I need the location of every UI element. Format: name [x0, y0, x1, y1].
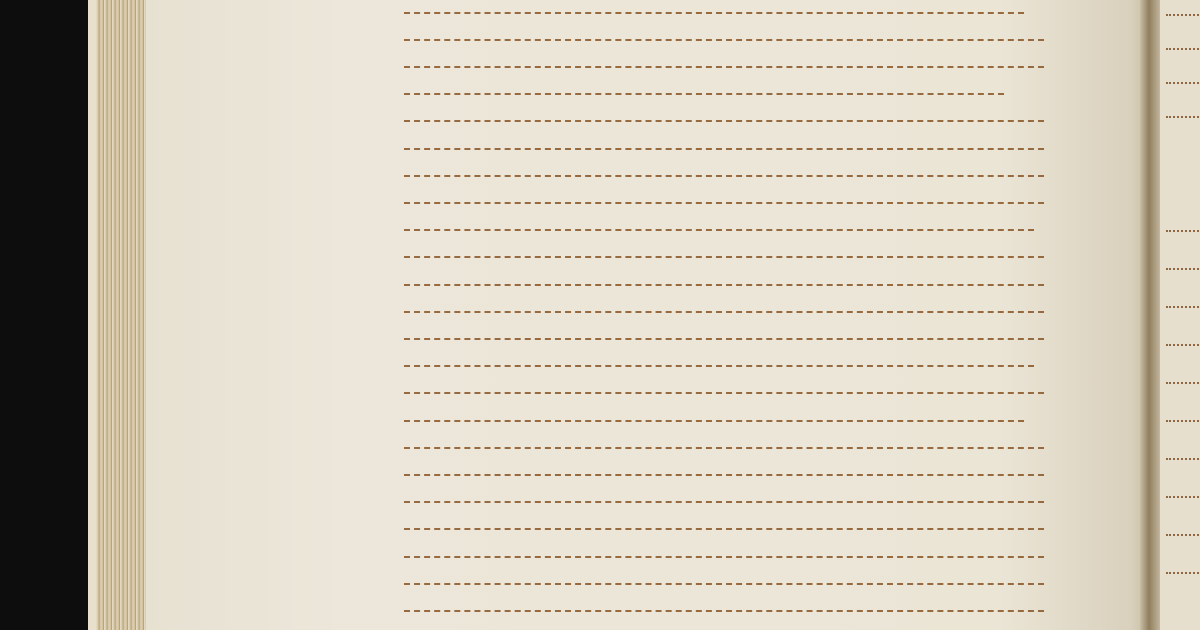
- facing-page-line: [1166, 344, 1200, 348]
- book-gutter: [1140, 0, 1160, 630]
- handwriting-ink: [404, 338, 1044, 343]
- handwriting-ink: [404, 12, 1024, 17]
- handwriting-ink: [404, 528, 1044, 533]
- manuscript-line: [404, 358, 1034, 384]
- manuscript-line: [404, 602, 1044, 628]
- handwriting-ink: [404, 311, 1044, 316]
- handwriting-ink: [404, 120, 1044, 125]
- facing-page-line: [1166, 306, 1200, 310]
- manuscript-line: [404, 412, 1024, 438]
- handwriting-ink: [404, 556, 1044, 561]
- manuscript-line: [404, 521, 1044, 547]
- facing-page-line: [1166, 82, 1200, 86]
- manuscript-line: [404, 303, 1044, 329]
- handwritten-text-block: [404, 0, 1054, 630]
- manuscript-line: [404, 140, 1044, 166]
- facing-page-line: [1166, 48, 1200, 52]
- manuscript-line: [404, 58, 1044, 84]
- manuscript-line: [404, 494, 1044, 520]
- facing-page-line: [1166, 14, 1200, 18]
- manuscript-line: [404, 439, 1044, 465]
- facing-page-line: [1166, 534, 1200, 538]
- facing-page-line: [1166, 458, 1200, 462]
- manuscript-line: [404, 222, 1034, 248]
- handwriting-ink: [404, 474, 1044, 479]
- handwriting-ink: [404, 447, 1044, 452]
- handwriting-ink: [404, 66, 1044, 71]
- handwriting-ink: [404, 284, 1044, 289]
- handwriting-ink: [404, 392, 1044, 397]
- manuscript-line: [404, 249, 1044, 275]
- facing-page-line: [1166, 230, 1200, 234]
- handwriting-ink: [404, 93, 1004, 98]
- manuscript-line: [404, 4, 1024, 30]
- handwriting-ink: [404, 420, 1024, 425]
- handwriting-ink: [404, 501, 1044, 506]
- manuscript-line: [404, 548, 1044, 574]
- manuscript-line: [404, 113, 1044, 139]
- manuscript-line: [404, 385, 1044, 411]
- handwriting-ink: [404, 148, 1044, 153]
- handwriting-ink: [404, 365, 1034, 370]
- facing-page-line: [1166, 496, 1200, 500]
- manuscript-line: [404, 194, 1044, 220]
- handwriting-ink: [404, 175, 1044, 180]
- handwriting-ink: [404, 583, 1044, 588]
- dark-background: [0, 0, 92, 630]
- handwriting-ink: [404, 610, 1044, 615]
- manuscript-line: [404, 31, 1044, 57]
- manuscript-line: [404, 330, 1044, 356]
- facing-page-line: [1166, 572, 1200, 576]
- facing-page-line: [1166, 382, 1200, 386]
- facing-page-line: [1166, 420, 1200, 424]
- facing-page: [1160, 0, 1200, 630]
- manuscript-line: [404, 276, 1044, 302]
- facing-page-line: [1166, 268, 1200, 272]
- handwriting-ink: [404, 202, 1044, 207]
- handwriting-ink: [404, 256, 1044, 261]
- manuscript-line: [404, 86, 1004, 112]
- manuscript-line: [404, 167, 1044, 193]
- handwriting-ink: [404, 229, 1034, 234]
- manuscript-line: [404, 466, 1044, 492]
- handwriting-ink: [404, 39, 1044, 44]
- manuscript-line: [404, 575, 1044, 601]
- facing-page-line: [1166, 116, 1200, 120]
